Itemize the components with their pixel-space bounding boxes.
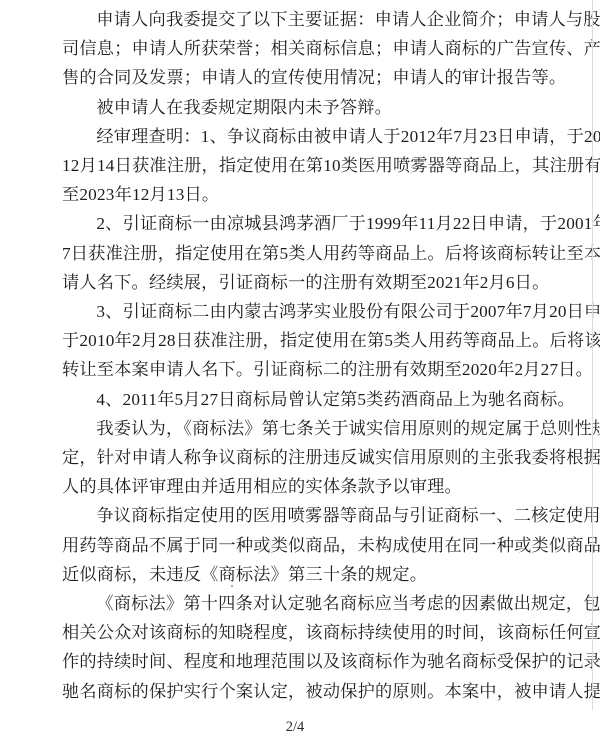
text-line: 被申请人在我委规定期限内未予答辩。 — [62, 93, 536, 122]
text-line: 7日获准注册，指定使用在第5类人用药等商品上。后将该商标转让至本案申 — [62, 239, 536, 268]
page-number: 2/4 — [0, 717, 590, 737]
text-line: 争议商标指定使用的医用喷雾器等商品与引证商标一、二核定使用的人 — [62, 501, 536, 530]
text-line: 驰名商标的保护实行个案认定，被动保护的原则。本案中，被申请人提交了 — [62, 677, 536, 706]
text-line: 3、引证商标二由内蒙古鸿茅实业股份有限公司于2007年7月20日申请， — [62, 297, 536, 326]
text-line: 申请人向我委提交了以下主要证据：申请人企业简介；申请人与股份公 — [62, 5, 536, 34]
text-line: 12月14日获准注册，指定使用在第10类医用喷雾器等商品上，其注册有效期 — [62, 151, 536, 180]
text-line: 相关公众对该商标的知晓程度，该商标持续使用的时间，该商标任何宣传工 — [62, 618, 536, 647]
text-line: 司信息；申请人所获荣誉；相关商标信息；申请人商标的广告宣传、产品销 — [62, 34, 536, 63]
text-line: 2、引证商标一由凉城县鸿茅酒厂于1999年11月22日申请，于2001年2月 — [62, 209, 536, 238]
text-line: 用药等商品不属于同一种或类似商品，未构成使用在同一种或类似商品上的 — [62, 531, 536, 560]
text-line: 作的持续时间、程度和地理范围以及该商标作为驰名商标受保护的记录等。 — [62, 647, 536, 676]
text-line: 经审理查明：1、争议商标由被申请人于2012年7月23日申请，于2013年 — [62, 122, 536, 151]
text-line: 至2023年12月13日。 — [62, 180, 536, 209]
text-line: 售的合同及发票；申请人的宣传使用情况；申请人的审计报告等。 — [62, 63, 536, 92]
text-line: 近似商标，未违反《商标法》第三十条的规定。 — [62, 560, 536, 589]
text-line: 定，针对申请人称争议商标的注册违反诚实信用原则的主张我委将根据申请 — [62, 443, 536, 472]
document-page: 申请人向我委提交了以下主要证据：申请人企业简介；申请人与股份公 司信息；申请人所… — [0, 0, 600, 745]
text-line: 《商标法》第十四条对认定驰名商标应当考虑的因素做出规定，包括： — [62, 589, 536, 618]
document-body: 申请人向我委提交了以下主要证据：申请人企业简介；申请人与股份公 司信息；申请人所… — [62, 5, 536, 706]
text-line: 请人名下。经续展，引证商标一的注册有效期至2021年2月6日。 — [62, 268, 536, 297]
text-line: 转让至本案申请人名下。引证商标二的注册有效期至2020年2月27日。 — [62, 355, 536, 384]
text-line: 于2010年2月28日获准注册，指定使用在第5类人用药等商品上。后将该商标 — [62, 326, 536, 355]
scan-edge-line — [592, 0, 593, 710]
scan-speck-artifact — [231, 585, 233, 587]
text-line: 人的具体评审理由并适用相应的实体条款予以审理。 — [62, 472, 536, 501]
text-line: 我委认为，《商标法》第七条关于诚实信用原则的规定属于总则性规 — [62, 414, 536, 443]
text-line: 4、2011年5月27日商标局曾认定第5类药酒商品上为驰名商标。 — [62, 385, 536, 414]
